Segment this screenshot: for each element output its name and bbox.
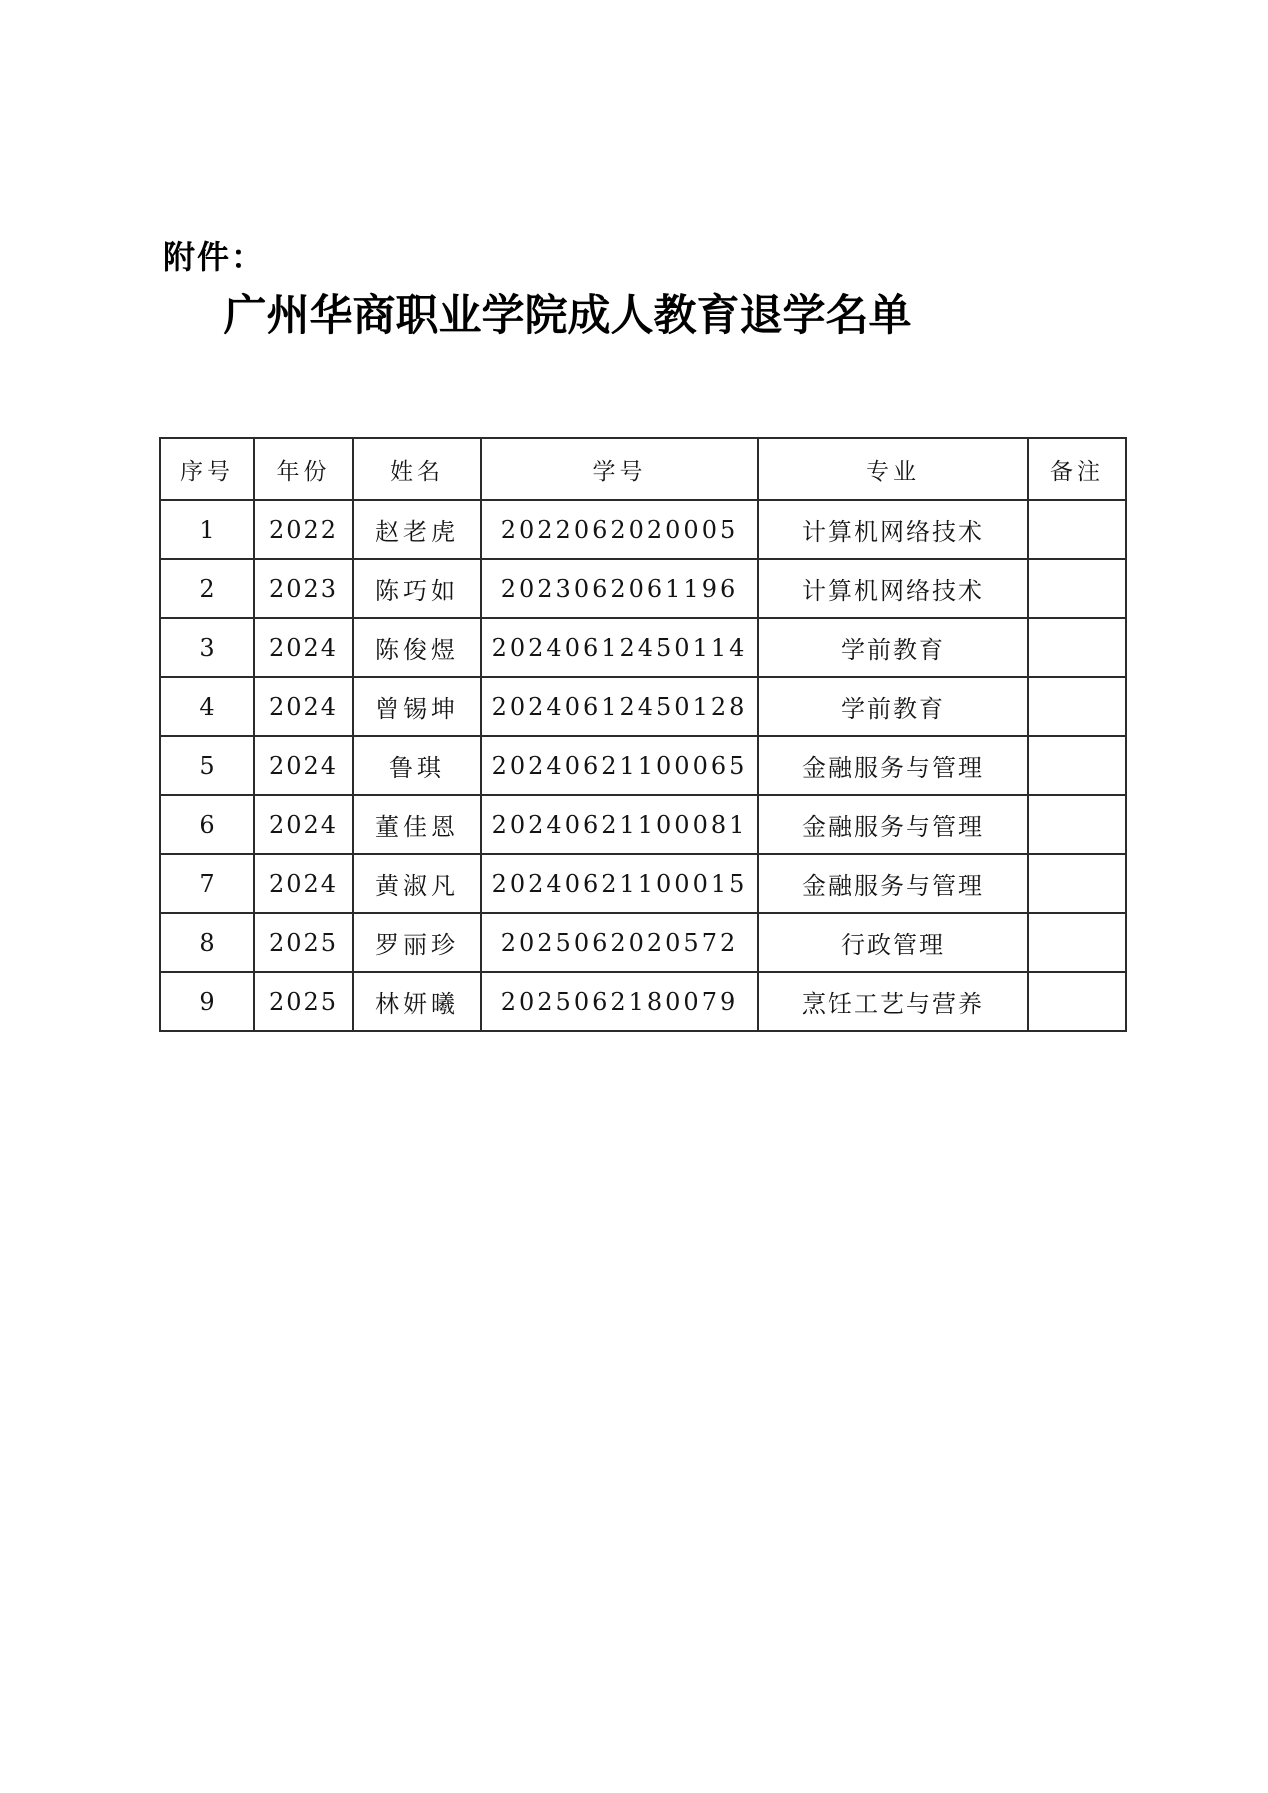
- cell-major: 计算机网络技术: [758, 559, 1028, 618]
- cell-name: 赵老虎: [353, 500, 481, 559]
- table-header-row: 序号 年份 姓名 学号 专业 备注: [160, 438, 1126, 500]
- cell-serial: 3: [160, 618, 254, 677]
- cell-major: 金融服务与管理: [758, 795, 1028, 854]
- header-cell-serial: 序号: [160, 438, 254, 500]
- cell-student-id: 20240621100081: [481, 795, 758, 854]
- cell-year: 2023: [254, 559, 353, 618]
- cell-major: 金融服务与管理: [758, 736, 1028, 795]
- cell-student-id: 2025062020572: [481, 913, 758, 972]
- cell-name: 黄淑凡: [353, 854, 481, 913]
- cell-year: 2022: [254, 500, 353, 559]
- cell-major: 计算机网络技术: [758, 500, 1028, 559]
- cell-name: 曾锡坤: [353, 677, 481, 736]
- cell-serial: 4: [160, 677, 254, 736]
- cell-serial: 7: [160, 854, 254, 913]
- cell-remark: [1028, 736, 1126, 795]
- cell-year: 2024: [254, 677, 353, 736]
- header-cell-student-id: 学号: [481, 438, 758, 500]
- cell-year: 2024: [254, 795, 353, 854]
- cell-name: 鲁琪: [353, 736, 481, 795]
- cell-name: 董佳恩: [353, 795, 481, 854]
- cell-remark: [1028, 972, 1126, 1031]
- cell-remark: [1028, 913, 1126, 972]
- header-cell-remark: 备注: [1028, 438, 1126, 500]
- withdrawal-roster-table: 序号 年份 姓名 学号 专业 备注 1 2022 赵老虎 20220620200…: [159, 437, 1127, 1032]
- title-container: 广州华商职业学院成人教育退学名单: [150, 293, 985, 340]
- cell-student-id: 20240612450114: [481, 618, 758, 677]
- cell-remark: [1028, 677, 1126, 736]
- cell-student-id: 20240612450128: [481, 677, 758, 736]
- cell-name: 陈巧如: [353, 559, 481, 618]
- cell-student-id: 20240621100065: [481, 736, 758, 795]
- cell-serial: 1: [160, 500, 254, 559]
- cell-name: 陈俊煜: [353, 618, 481, 677]
- cell-serial: 5: [160, 736, 254, 795]
- cell-remark: [1028, 559, 1126, 618]
- cell-serial: 6: [160, 795, 254, 854]
- cell-year: 2025: [254, 913, 353, 972]
- header-cell-year: 年份: [254, 438, 353, 500]
- cell-remark: [1028, 795, 1126, 854]
- cell-student-id: 20240621100015: [481, 854, 758, 913]
- table-row: 5 2024 鲁琪 20240621100065 金融服务与管理: [160, 736, 1126, 795]
- cell-name: 林妍曦: [353, 972, 481, 1031]
- cell-student-id: 2025062180079: [481, 972, 758, 1031]
- cell-year: 2025: [254, 972, 353, 1031]
- table-row: 8 2025 罗丽珍 2025062020572 行政管理: [160, 913, 1126, 972]
- page-title: 广州华商职业学院成人教育退学名单: [150, 293, 985, 340]
- table-row: 1 2022 赵老虎 2022062020005 计算机网络技术: [160, 500, 1126, 559]
- cell-remark: [1028, 854, 1126, 913]
- cell-major: 学前教育: [758, 677, 1028, 736]
- cell-student-id: 2022062020005: [481, 500, 758, 559]
- cell-year: 2024: [254, 736, 353, 795]
- table-row: 2 2023 陈巧如 2023062061196 计算机网络技术: [160, 559, 1126, 618]
- cell-remark: [1028, 500, 1126, 559]
- cell-remark: [1028, 618, 1126, 677]
- table-row: 7 2024 黄淑凡 20240621100015 金融服务与管理: [160, 854, 1126, 913]
- cell-major: 学前教育: [758, 618, 1028, 677]
- cell-year: 2024: [254, 618, 353, 677]
- table-row: 9 2025 林妍曦 2025062180079 烹饪工艺与营养: [160, 972, 1126, 1031]
- cell-major: 行政管理: [758, 913, 1028, 972]
- header-cell-major: 专业: [758, 438, 1028, 500]
- cell-major: 烹饪工艺与营养: [758, 972, 1028, 1031]
- cell-major: 金融服务与管理: [758, 854, 1028, 913]
- cell-year: 2024: [254, 854, 353, 913]
- table-row: 6 2024 董佳恩 20240621100081 金融服务与管理: [160, 795, 1126, 854]
- document-page: 附件： 广州华商职业学院成人教育退学名单 序号 年份 姓名 学号 专业 备注 1: [0, 0, 1268, 1793]
- cell-student-id: 2023062061196: [481, 559, 758, 618]
- cell-serial: 8: [160, 913, 254, 972]
- attachment-label: 附件：: [163, 232, 265, 278]
- table-row: 3 2024 陈俊煜 20240612450114 学前教育: [160, 618, 1126, 677]
- header-cell-name: 姓名: [353, 438, 481, 500]
- table-row: 4 2024 曾锡坤 20240612450128 学前教育: [160, 677, 1126, 736]
- cell-serial: 2: [160, 559, 254, 618]
- cell-serial: 9: [160, 972, 254, 1031]
- cell-name: 罗丽珍: [353, 913, 481, 972]
